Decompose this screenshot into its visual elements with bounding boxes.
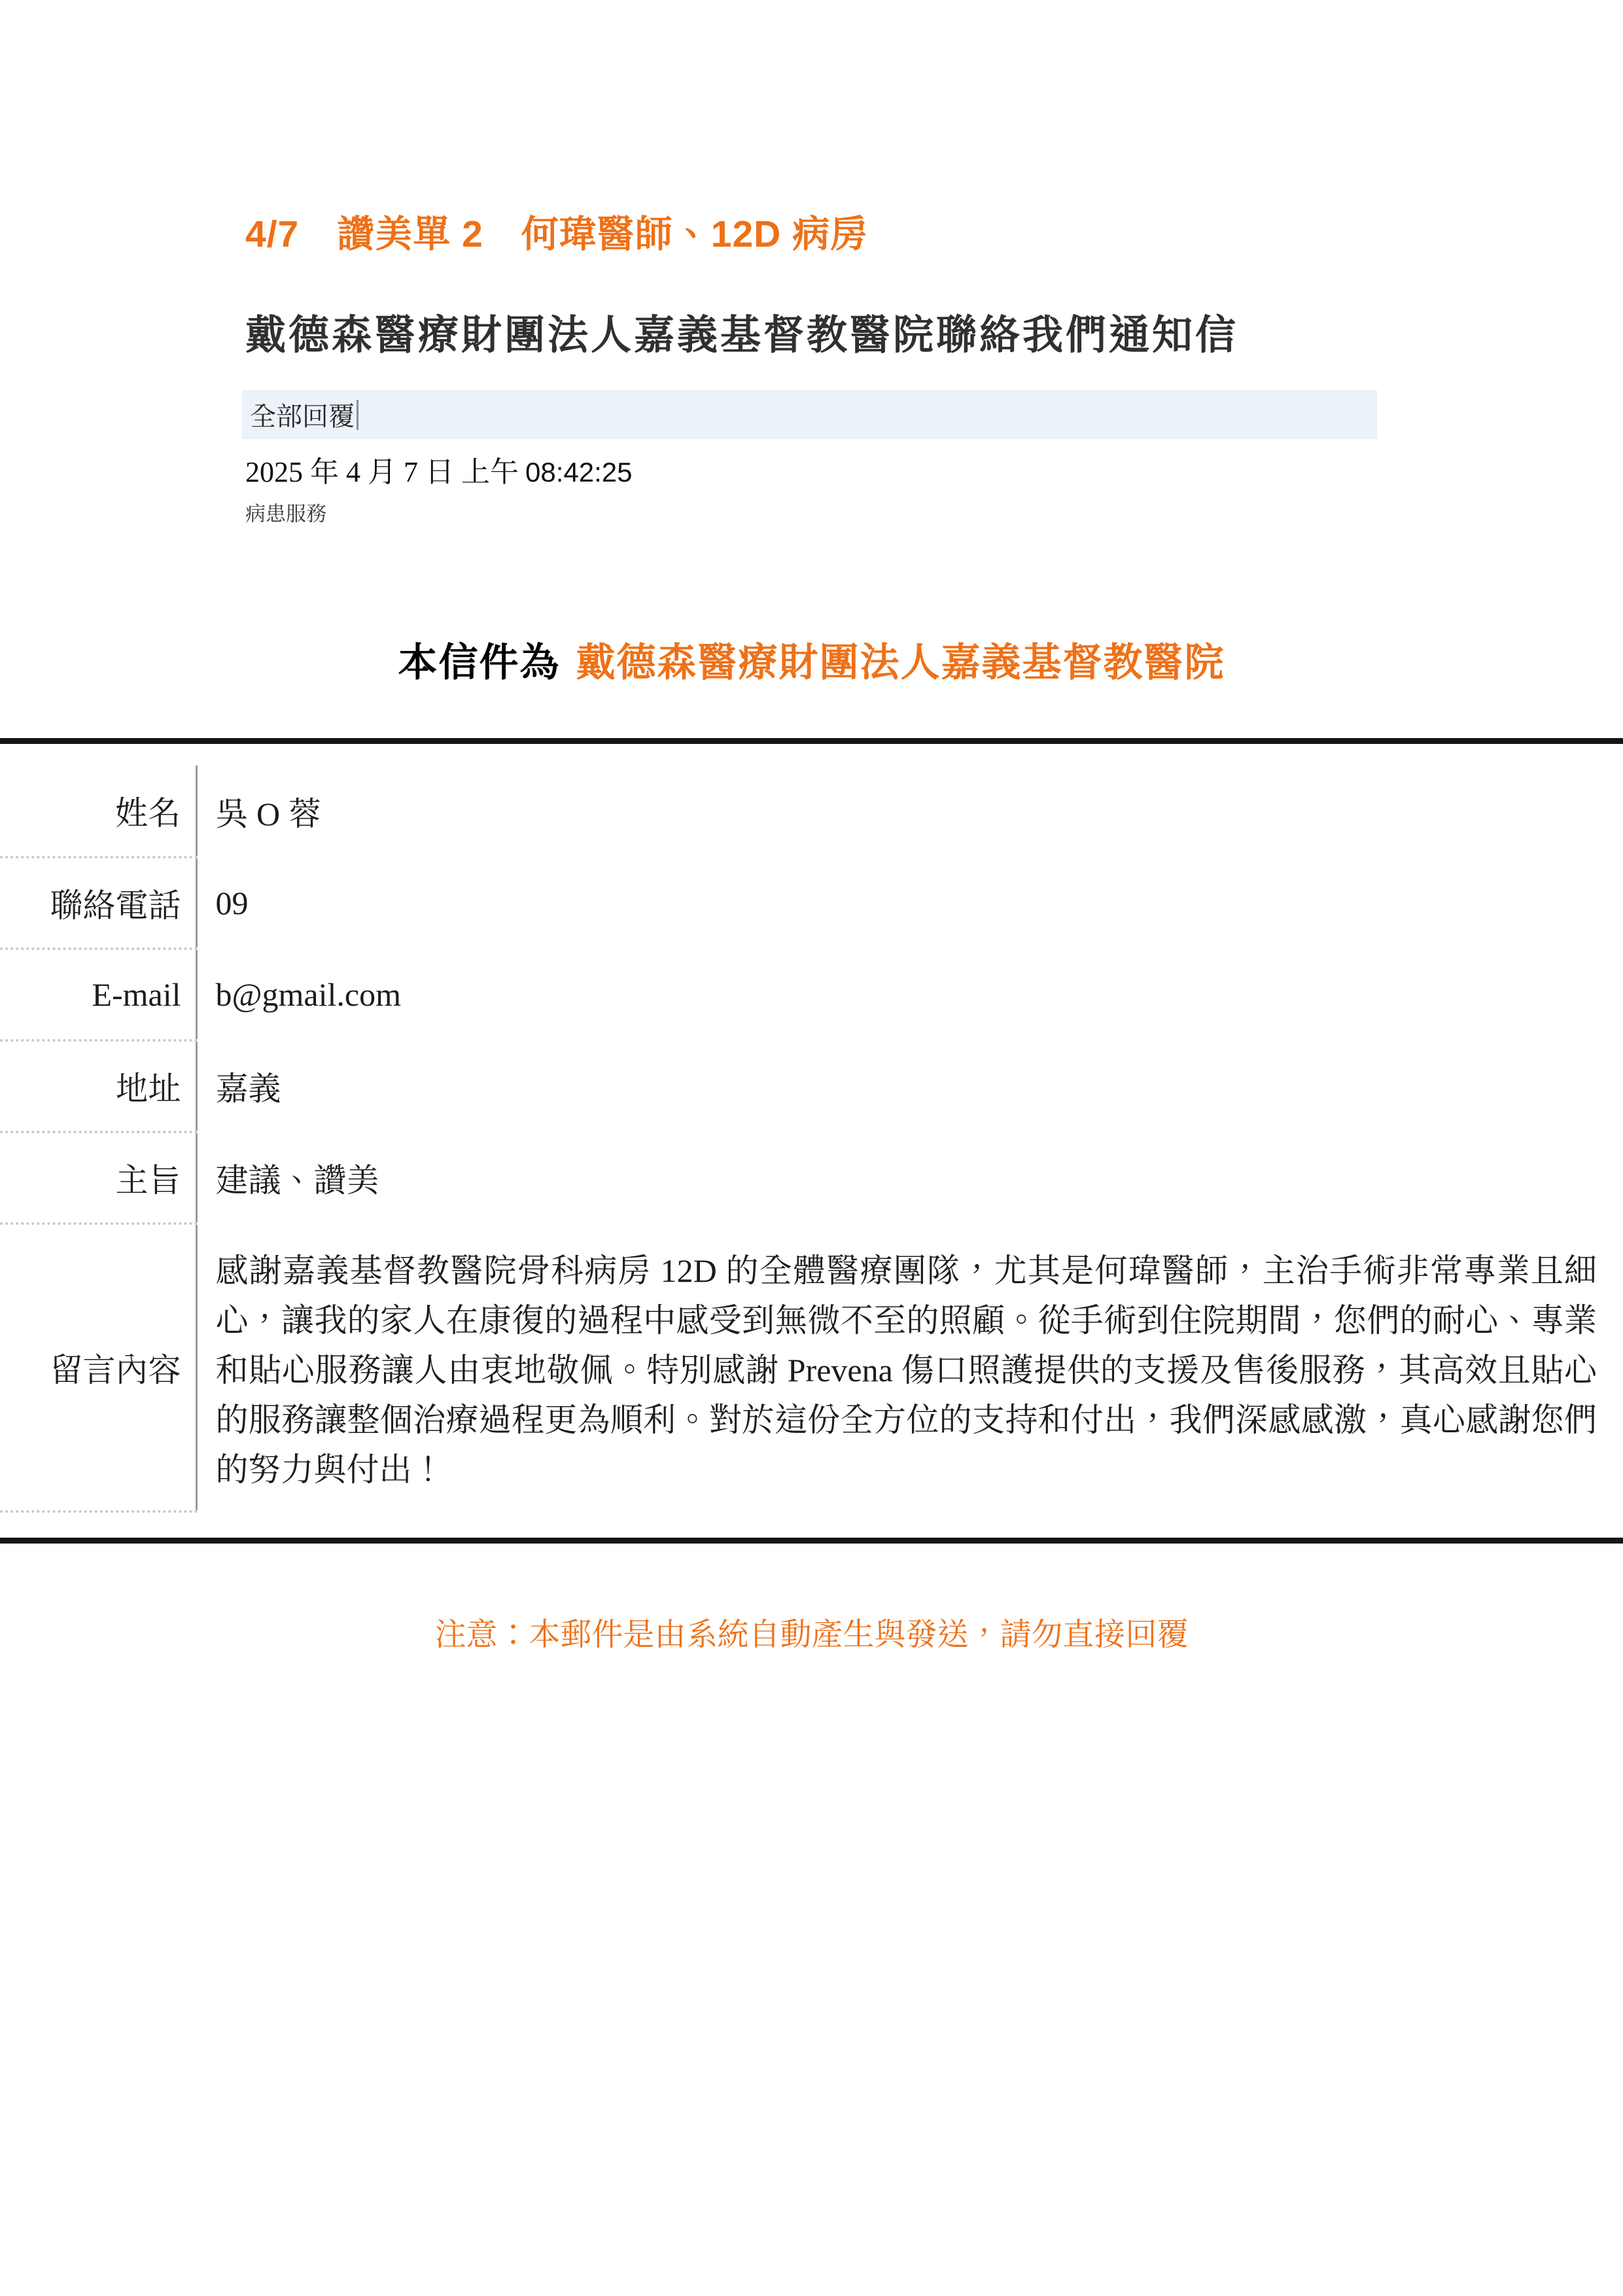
table-row-name: 姓名 吳 O 蓉 [0, 766, 1623, 857]
row-label: E-mail [0, 949, 196, 1040]
page-heading: 4/7 讚美單 2 何瑋醫師、12D 病房 [245, 216, 1623, 253]
row-value: 建議、讚美 [196, 1132, 1623, 1224]
banner-org-name: 戴德森醫療財團法人嘉義基督教醫院 [576, 641, 1225, 684]
row-value: b@gmail.com [196, 949, 1623, 1040]
time-value: 08:42:25 [525, 457, 633, 487]
table-row-address: 地址 嘉義 [0, 1040, 1623, 1132]
auto-reply-note: 注意：本郵件是由系統自動產生與發送，請勿直接回覆 [0, 1617, 1623, 1653]
row-label: 聯絡電話 [0, 857, 196, 949]
page-title: 戴德森醫療財團法人嘉義基督教醫院聯絡我們通知信 [245, 315, 1623, 356]
contact-form-table: 姓名 吳 O 蓉 聯絡電話 09 E-mail b@gmail.com 地址 嘉… [0, 766, 1623, 1513]
row-label: 主旨 [0, 1132, 196, 1224]
date-line: 2025 年 4 月 7 日 上午08:42:25 [245, 456, 1623, 489]
row-value: 吳 O 蓉 [196, 766, 1623, 857]
banner-prefix: 本信件為 [398, 641, 561, 684]
bottom-rule [0, 1538, 1623, 1544]
table-row-email: E-mail b@gmail.com [0, 949, 1623, 1040]
row-label: 留言內容 [0, 1224, 196, 1511]
date-value: 2025 年 4 月 7 日 上午 [245, 456, 519, 488]
reply-all-bar[interactable]: 全部回覆 [242, 390, 1377, 439]
banner: 本信件為戴德森醫療財團法人嘉義基督教醫院 [0, 640, 1623, 685]
row-label: 姓名 [0, 766, 196, 857]
table-row-subject: 主旨 建議、讚美 [0, 1132, 1623, 1224]
row-value: 感謝嘉義基督教醫院骨科病房 12D 的全體醫療團隊，尤其是何瑋醫師，主治手術非常… [196, 1224, 1623, 1511]
text-cursor-caret [357, 400, 358, 430]
row-value: 09 [196, 857, 1623, 949]
reply-all-label[interactable]: 全部回覆 [250, 396, 355, 433]
top-rule [0, 738, 1623, 744]
table-row-message: 留言內容 感謝嘉義基督教醫院骨科病房 12D 的全體醫療團隊，尤其是何瑋醫師，主… [0, 1224, 1623, 1511]
row-label: 地址 [0, 1040, 196, 1132]
table-row-phone: 聯絡電話 09 [0, 857, 1623, 949]
category-label: 病患服務 [245, 503, 1623, 526]
row-value: 嘉義 [196, 1040, 1623, 1132]
